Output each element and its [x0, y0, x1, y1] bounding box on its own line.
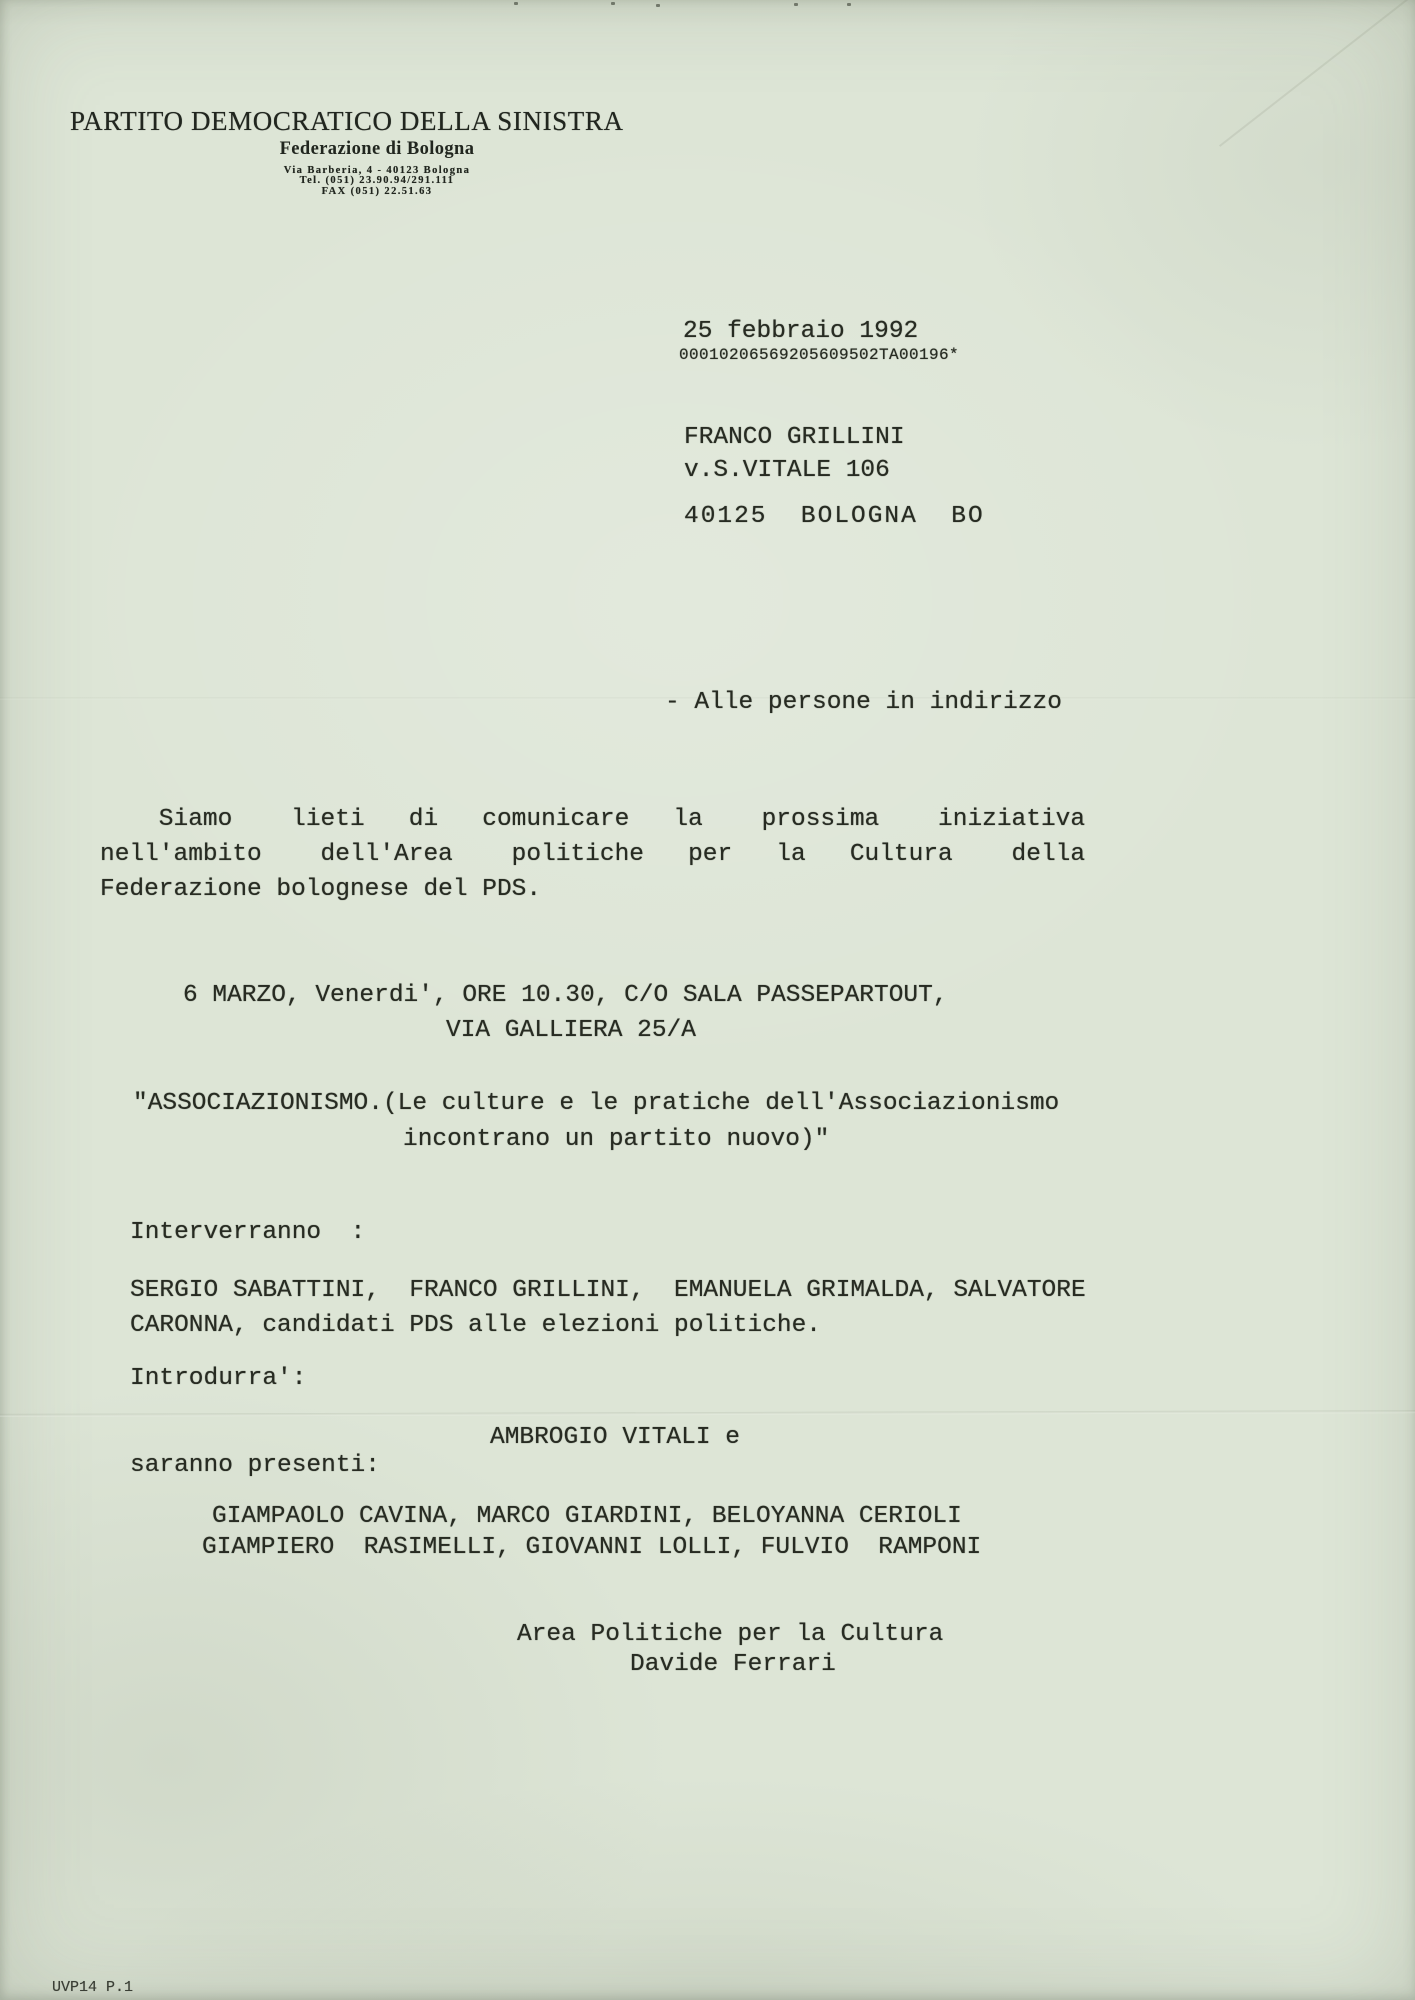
paper-speck [514, 2, 518, 5]
event-line-2: VIA GALLIERA 25/A [446, 1017, 696, 1045]
date-line: 25 febbraio 1992 [683, 318, 918, 346]
paper-speck [611, 2, 615, 5]
addressees-line: - Alle persone in indirizzo [665, 689, 1062, 717]
letterhead-fax: FAX (051) 22.51.63 [70, 187, 684, 197]
paper-speck [656, 4, 660, 7]
event-title-line-1: "ASSOCIAZIONISMO.(Le culture e le pratic… [133, 1090, 1059, 1118]
introducer-line: AMBROGIO VITALI e [490, 1424, 740, 1452]
footer-code: UVP14 P.1 [52, 1979, 133, 1996]
speakers-line-2: CARONNA, candidati PDS alle elezioni pol… [130, 1312, 821, 1340]
scanned-letter-page: PARTITO DEMOCRATICO DELLA SINISTRA Feder… [0, 0, 1415, 2000]
paper-speck [794, 3, 798, 6]
letterhead-federation: Federazione di Bologna [70, 139, 684, 160]
protocol-code: 00010206569205609502TA00196* [679, 346, 959, 364]
letterhead-block: Federazione di Bologna Via Barberia, 4 -… [70, 139, 684, 197]
intro-paragraph-line-1: Siamo lieti di comunicare la prossima in… [100, 806, 1085, 834]
recipient-street: v.S.VITALE 106 [684, 457, 890, 485]
presenti-label: saranno presenti: [130, 1452, 380, 1480]
recipient-name: FRANCO GRILLINI [684, 424, 905, 452]
paper-speck [847, 3, 851, 6]
recipient-city-line: 40125 BOLOGNA BO [684, 503, 985, 531]
interverranno-label: Interverranno : [130, 1219, 365, 1247]
introdurra-label: Introdurra': [130, 1365, 306, 1393]
letterhead-party-name: PARTITO DEMOCRATICO DELLA SINISTRA [70, 106, 624, 137]
presenti-line-2: GIAMPIERO RASIMELLI, GIOVANNI LOLLI, FUL… [202, 1534, 981, 1562]
event-line-1: 6 MARZO, Venerdi', ORE 10.30, C/O SALA P… [183, 982, 948, 1010]
intro-paragraph-line-3: Federazione bolognese del PDS. [100, 876, 541, 904]
signature-org: Area Politiche per la Cultura [517, 1621, 943, 1649]
presenti-line-1: GIAMPAOLO CAVINA, MARCO GIARDINI, BELOYA… [212, 1503, 962, 1531]
fold-crease-lower [0, 1410, 1415, 1417]
event-title-line-2: incontrano un partito nuovo)" [403, 1126, 829, 1154]
signature-name: Davide Ferrari [630, 1651, 836, 1679]
intro-paragraph-line-2: nell'ambito dell'Area politiche per la C… [100, 841, 1085, 869]
speakers-line-1: SERGIO SABATTINI, FRANCO GRILLINI, EMANU… [130, 1277, 1086, 1305]
corner-crease [1219, 0, 1415, 147]
